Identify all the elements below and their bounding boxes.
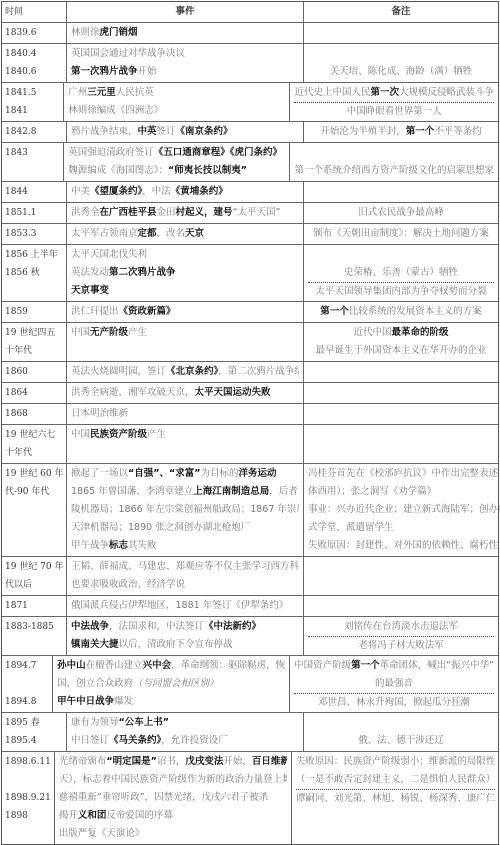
time-cell: 19 世纪 60 年代-90 年代 [2,464,67,556]
text-segment: 开始沦为半殖半封， [320,126,406,137]
event-line: 英国国会通过对华战争决议 [71,45,299,63]
table-row: 1860英法火烧圆明园，签订《北京条约》，第二次鸦片战争结束 [2,362,498,383]
note-line: 开始沦为半殖半封，第一个不平等条约 [308,123,494,141]
event-line: 天津机器局；1890 张之洞创办湖北枪炮厂 [71,519,299,537]
note-line: 式学堂，派遣留学生 [308,519,500,537]
highlighted-term: 民族资产阶级 [90,429,147,440]
highlighted-term: 天京 [185,228,204,239]
time-cell: 1883-1885 [2,617,67,640]
note-line: 近代史上中国人民第一次大规模反侵略武装斗争 [294,84,494,102]
event-cell: 俄国派兵侵占伊犁地区，1881 年签订《伊犁条约》 [67,596,304,616]
event-cell: 中国无产阶级产生 [67,323,304,361]
time-value: 19 世纪四五 [5,324,63,342]
text-segment: 英法火烧圆明园，签订 [71,366,166,377]
time-cell: 19 世纪 70 年代以后 [2,557,67,595]
highlighted-term: 天京事变 [71,285,109,296]
event-line: 鸦片战争结束，中英签订《南京条约》 [71,123,299,141]
note-line: 第一个系统介绍西方资产阶级文化的启蒙思想家 [294,162,494,180]
time-cell: 1843 [2,143,64,181]
event-line: 中美《望厦条约》，中法《黄埔条约》 [71,183,299,201]
note-cell: 史荣椿、乐善（蒙古）牺牲太平天国领导集团内部为争夺权势而分裂 [304,245,498,301]
event-line: 洪仁玕提出《资政新篇》 [71,303,299,321]
note-cell [304,362,498,382]
note-cell: 近代中国最革命的阶级最早诞生于外国资本主义在华开办的企业 [304,323,498,361]
note-line: 第一个比较系统的发展资本主义的方案 [308,303,494,321]
note-cell [304,23,498,43]
highlighted-term: 洋务运动 [239,468,277,479]
text-segment: 英国国会通过对华战争决议 [71,48,185,59]
text-segment: 魏源编成《海国图志》： [68,165,168,176]
table-row: 1839.6林则徐虎门销烟 [2,23,498,44]
text-segment: 产生 [147,429,166,440]
time-value: 1843 [5,144,60,162]
text-segment: 大规模反侵略武装斗争 [399,87,494,98]
event-line: 中国无产阶级产生 [71,324,299,342]
time-value: 1851.1 [5,204,63,222]
event-line: 王韬、薛福成、马建忠、郑观应等不仅主张学习西方科技， [71,558,299,576]
event-line: 英国强迫清政府签订《五口通商章程》《虎门条约》 [68,144,285,162]
note-line: 中国睁眼看世界第一人 [294,102,494,120]
text-segment: 王韬、薛福成、马建忠、郑观应等不仅主张学习西方科技， [71,561,299,572]
time-value [5,282,63,300]
event-line: 日本明治维新 [71,405,299,423]
highlighted-term: 无产阶级 [90,327,128,338]
highlighted-term: 中英 [138,126,157,137]
time-cell: 1868 [2,404,67,424]
time-cell: 1840.41840.6 [2,44,67,82]
time-cell: 1860 [2,362,67,382]
text-segment: 英国强迫清政府签订 [68,147,154,158]
text-segment: 中国 [71,327,90,338]
time-value: 1844 [5,183,63,201]
time-value: 19 世纪 60 年 [5,465,63,483]
text-segment: 英法发动 [71,267,109,278]
event-cell: 中国民族资产阶级产生 [67,425,304,463]
note-cell: 旧式农民战争最高峰 [304,203,498,223]
event-line: 天京事变 [71,282,299,300]
highlighted-term: 《北京条约》 [166,366,218,377]
event-cell: 广州三元里人民抗英林则徐编成《四洲志》 [64,83,290,121]
highlighted-term: 三元里 [87,87,116,98]
table-row: 19 世纪四五十年代中国无产阶级产生近代中国最革命的阶级最早诞生于外国资本主义在… [2,323,498,362]
note-cell: 冯桂芬首先在《校邠庐抗议》中作出完整表述（中体西用）；张之洞写《劝学篇》事业：兴… [304,464,500,556]
event-line: 林则徐虎门销烟 [71,24,299,42]
text-segment: 为目标的 [201,468,239,479]
time-value: 1856 秋 [5,264,63,282]
time-value: 1868 [5,405,63,423]
text-segment: 金田 [157,207,176,218]
time-cell: 1864 [2,383,67,403]
table-row: 1851.1洪秀全在广西桂平县金田村起义，建号“太平天国”旧式农民战争最高峰 [2,203,498,224]
event-line: 甲午战争标志其失败 [71,537,299,555]
note-line: 近代中国最革命的阶级 [308,324,494,342]
table-row: 1842.8鸦片战争结束，中英签订《南京条约》开始沦为半殖半封，第一个不平等条约 [2,122,498,143]
event-line: 中法战争，法国求和，中法签订《中法新约》 [71,618,299,636]
header-note: 备注 [304,2,498,22]
table-row: 1841.51841广州三元里人民抗英林则徐编成《四洲志》近代史上中国人民第一次… [2,83,498,122]
text-segment: 近代中国 [353,327,391,338]
highlighted-term: 第二次鸦片战争 [109,267,176,278]
time-value: 十年代 [5,342,63,360]
note-line: 颁布《天朝田亩制度》：解决土地问题方案 [308,225,494,243]
time-cell: 1859 [2,302,67,322]
time-value: 1841.5 [5,84,60,102]
highlighted-term: 最革命的阶级 [392,327,449,338]
time-value: 1840.6 [5,63,63,81]
highlighted-term: 第一个 [320,306,349,317]
table-body: 1839.6林则徐虎门销烟1840.41840.6英国国会通过对华战争决议第一次… [2,23,498,640]
time-value: 1839.6 [5,24,63,42]
highlighted-term: 《资政新篇》 [119,306,176,317]
text-segment: 产生 [128,327,147,338]
table-row: 1856 上半年1856 秋太平天国北伐失利英法发动第二次鸦片战争天京事变史荣椿… [2,245,498,302]
text-segment: 掀起了一场以 [71,468,128,479]
event-line: 广州三元里人民抗英 [68,84,285,102]
text-segment: 其失败 [128,540,157,551]
note-cell: 开始沦为半殖半封，第一个不平等条约 [304,122,498,142]
highlighted-term: 《望厦条约》 [90,186,142,197]
note-line: 太平天国领导集团内部为争夺权势而分裂 [308,282,494,300]
highlighted-term: 虎门销烟 [100,27,138,38]
time-value: 1840.4 [5,45,63,63]
text-segment: 鸦片战争结束， [71,126,138,137]
text-segment: “太平天国” [233,207,281,218]
event-line: 中国民族资产阶级产生 [71,426,299,444]
highlighted-term: 上海江南制造总局 [193,486,269,497]
table-row: 1883-1885中法战争，法国求和，中法签订《中法新约》镇南关大捷以后，清政府… [2,617,498,640]
text-segment: 近代史上中国人民 [294,87,370,98]
highlighted-term: 定都 [138,228,157,239]
note-line: 关天培、陈化成、海龄（满）牺牲 [308,63,494,81]
text-segment: 签订 [157,126,176,137]
event-line: 第一次鸦片战争开始 [71,63,299,81]
event-line: 太平天国北伐失利 [71,246,299,264]
event-line: 魏源编成《海国图志》：“师夷长技以制夷” [68,162,285,180]
note-cell: 关天培、陈化成、海龄（满）牺牲 [304,44,498,82]
event-line: 也要求吸收政治、经济学说 [71,576,299,594]
header-time: 时间 [2,2,67,22]
note-line: 失败原因：封建性、对外国的依赖性、腐朽性 [308,537,500,555]
note-cell [304,383,498,403]
text-segment: 中美 [71,186,90,197]
text-segment: 日本明治维新 [71,408,128,419]
header-event: 事件 [67,2,304,22]
table-row: 1859洪仁玕提出《资政新篇》第一个比较系统的发展资本主义的方案 [2,302,498,323]
text-segment: 比较系统的发展资本主义的方案 [349,306,482,317]
table-row: 1840.41840.6英国国会通过对华战争决议第一次鸦片战争开始关天培、陈化成… [2,44,498,83]
highlighted-term: 《中法新约》 [204,621,261,632]
time-value: 19 世纪六七 [5,426,63,444]
time-cell: 19 世纪六七十年代 [2,425,67,463]
time-value: 1871 [5,597,63,615]
history-timeline-table: 时间 事件 备注 1839.6林则徐虎门销烟1840.41840.6英国国会通过… [1,1,499,640]
text-segment: 陵机器局；1866 年左宗棠创福州船政局；1867 年崇厚建立 [71,504,299,515]
event-line: 太平军占领南京定都，改名天京 [71,225,299,243]
note-line: 最早诞生于外国资本主义在华开办的企业 [308,342,494,360]
table-header-row: 时间 事件 备注 [2,2,498,23]
event-cell: 中法战争，法国求和，中法签订《中法新约》镇南关大捷以后，清政府下令宣布停战 [67,617,304,640]
text-segment: 中国 [71,429,90,440]
time-value: 1883-1885 [5,618,63,636]
event-cell: 中美《望厦条约》，中法《黄埔条约》 [67,182,304,202]
highlighted-term: 《黄埔条约》 [171,186,228,197]
highlighted-term: 在广西桂平县 [100,207,157,218]
table-row: 1844中美《望厦条约》，中法《黄埔条约》 [2,182,498,203]
text-segment: 开始 [138,66,157,77]
note-cell [304,182,498,202]
highlighted-term: 第一次鸦片战争 [71,66,138,77]
text-segment: ，改名 [157,228,186,239]
note-line: 刘铭传在台湾淡水击退法军 [308,618,494,636]
note-line: 冯桂芬首先在《校邠庐抗议》中作出完整表述（中 [308,465,500,483]
event-cell: 英国国会通过对华战争决议第一次鸦片战争开始 [67,44,304,82]
highlighted-term: “自强”、“求富” [128,468,200,479]
time-cell: 19 世纪四五十年代 [2,323,67,361]
event-cell: 掀起了一场以“自强”、“求富”为目标的洋务运动1865 年曾国藩、李鸿章建立上海… [67,464,304,556]
event-line: 镇南关大捷以后，清政府下令宣布停战 [71,636,299,640]
time-value: 1860 [5,363,63,381]
text-segment: ，第二次鸦片战争结束 [218,366,299,377]
table-row: 1853.3太平军占领南京定都，改名天京颁布《天朝田亩制度》：解决土地问题方案 [2,224,498,245]
event-line: 陵机器局；1866 年左宗棠创福州船政局；1867 年崇厚建立 [71,501,299,519]
time-cell: 1871 [2,596,67,616]
table-row: 19 世纪六七十年代中国民族资产阶级产生 [2,425,498,464]
note-cell: 第一个比较系统的发展资本主义的方案 [304,302,498,322]
note-line: 史荣椿、乐善（蒙古）牺牲 [308,264,494,282]
event-line: 英法发动第二次鸦片战争 [71,264,299,282]
event-cell: 洪秀全在广西桂平县金田村起义，建号“太平天国” [67,203,304,223]
text-segment: 林则徐编成《四洲志》 [68,105,163,116]
note-cell [304,425,498,463]
text-segment: 也要求吸收政治、经济学说 [71,579,185,590]
event-cell: 英国强迫清政府签订《五口通商章程》《虎门条约》魏源编成《海国图志》：“师夷长技以… [64,143,290,181]
time-value: 1853.3 [5,225,63,243]
text-segment: ，法国求和，中法签订 [109,621,204,632]
text-segment: 甲午战争 [71,540,109,551]
event-line: 俄国派兵侵占伊犁地区，1881 年签订《伊犁条约》 [71,597,299,615]
time-value: 1864 [5,384,63,402]
table-row: 1864洪秀全病逝，湘军攻破天京，太平天国运动失败 [2,383,498,404]
note-cell: 第一个系统介绍西方资产阶级文化的启蒙思想家 [290,143,498,181]
time-value: 19 世纪 70 年 [5,558,63,576]
time-cell: 1841.51841 [2,83,64,121]
text-segment: 广州 [68,87,87,98]
time-value: 十年代 [5,444,63,462]
event-cell: 太平天国北伐失利英法发动第二次鸦片战争天京事变 [67,245,304,301]
text-segment: 人民抗英 [116,87,154,98]
highlighted-term: 标志 [109,540,128,551]
highlighted-term: 《南京条约》 [176,126,233,137]
table-row: 19 世纪 60 年代-90 年代掀起了一场以“自强”、“求富”为目标的洋务运动… [2,464,498,557]
note-cell: 颁布《天朝田亩制度》：解决土地问题方案 [304,224,498,244]
time-cell: 1853.3 [2,224,67,244]
event-line: 林则徐编成《四洲志》 [68,102,285,120]
text-segment: 太平军占领南京 [71,228,138,239]
text-segment: 中国睁眼看世界第一人 [347,106,442,117]
event-cell: 英法火烧圆明园，签订《北京条约》，第二次鸦片战争结束 [67,362,304,382]
text-segment: 洪秀全 [71,207,100,218]
note-cell: 刘铭传在台湾淡水击退法军老将冯子材大败法军 [304,617,498,640]
event-cell: 日本明治维新 [67,404,304,424]
time-cell: 1844 [2,182,67,202]
note-line: 事业：兴办近代企业；建立新式海陆军；创办新 [308,501,500,519]
time-cell: 1839.6 [2,23,67,43]
table-row: 19 世纪 70 年代以后王韬、薛福成、马建忠、郑观应等不仅主张学习西方科技，也… [2,557,498,596]
text-segment: 不平等条约 [434,126,482,137]
highlighted-term: “师夷长技以制夷” [168,165,247,176]
time-value: 1842.8 [5,123,63,141]
note-cell [304,596,498,616]
event-cell: 鸦片战争结束，中英签订《南京条约》 [67,122,304,142]
text-segment: 洪仁玕提出 [71,306,119,317]
highlighted-term: 太平天国运动失败 [195,387,271,398]
text-segment: 太平天国北伐失利 [71,249,147,260]
time-cell: 1856 上半年1856 秋 [2,245,67,301]
event-line: 洪秀全在广西桂平县金田村起义，建号“太平天国” [71,204,299,222]
text-segment: 最早诞生于外国资本主义在华开办的企业 [315,345,486,356]
event-cell: 太平军占领南京定都，改名天京 [67,224,304,244]
time-cell: 1842.8 [2,122,67,142]
table-row: 1868日本明治维新 [2,404,498,425]
time-value: 1841 [5,102,60,120]
text-segment: 俄国派兵侵占伊犁地区，1881 年签订《伊犁条约》 [71,600,288,611]
text-segment: 林则徐 [71,27,100,38]
note-cell [304,557,498,595]
time-value: 代-90 年代 [5,483,63,501]
text-segment: 天津机器局；1890 张之洞创办湖北枪炮厂 [71,522,250,533]
table-row: 1843英国强迫清政府签订《五口通商章程》《虎门条约》魏源编成《海国图志》：“师… [2,143,498,182]
text-segment: 1865 年曾国藩、李鸿章建立 [71,486,193,497]
time-value: 代以后 [5,576,63,594]
event-cell: 林则徐虎门销烟 [67,23,304,43]
note-line: 老将冯子材大败法军 [308,636,494,640]
text-segment: ，中法 [142,186,171,197]
event-cell: 洪仁玕提出《资政新篇》 [67,302,304,322]
event-line: 英法火烧圆明园，签订《北京条约》，第二次鸦片战争结束 [71,363,299,381]
table-row: 1871俄国派兵侵占伊犁地区，1881 年签订《伊犁条约》 [2,596,498,617]
note-cell [304,404,498,424]
time-cell: 1851.1 [2,203,67,223]
event-line: 掀起了一场以“自强”、“求富”为目标的洋务运动 [71,465,299,483]
highlighted-term: 村起义，建号 [176,207,233,218]
event-cell: 洪秀全病逝，湘军攻破天京，太平天国运动失败 [67,383,304,403]
highlighted-term: 第一次 [370,87,399,98]
note-line: 旧式农民战争最高峰 [308,204,494,222]
time-value: 1859 [5,303,63,321]
note-line: 体西用）；张之洞写《劝学篇》 [308,483,500,501]
text-segment: 洪秀全病逝，湘军攻破天京， [71,387,195,398]
highlighted-term: 中法战争 [71,621,109,632]
text-segment: ，后者设金 [269,486,299,497]
highlighted-term: 《五口通商章程》《虎门条约》 [154,147,282,158]
event-line: 1865 年曾国藩、李鸿章建立上海江南制造总局，后者设金 [71,483,299,501]
highlighted-term: 第一个 [406,126,435,137]
note-cell: 近代史上中国人民第一次大规模反侵略武装斗争中国睁眼看世界第一人 [290,83,498,121]
event-cell: 王韬、薛福成、马建忠、郑观应等不仅主张学习西方科技，也要求吸收政治、经济学说 [67,557,304,595]
event-line: 洪秀全病逝，湘军攻破天京，太平天国运动失败 [71,384,299,402]
time-value: 1856 上半年 [5,246,63,264]
